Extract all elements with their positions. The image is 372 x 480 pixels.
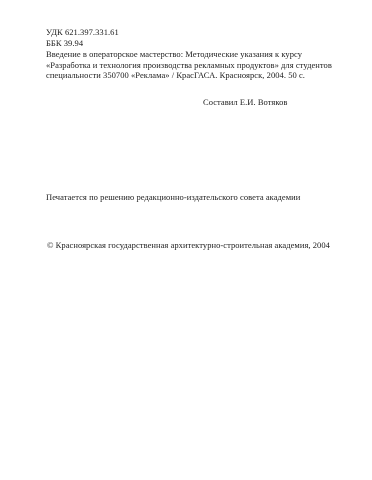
description-line-1: Введение в операторское мастерство: Мето… <box>46 49 342 60</box>
compiler-credit: Составил Е.И. Вотяков <box>203 97 287 108</box>
bibliographic-description: Введение в операторское мастерство: Мето… <box>46 49 342 81</box>
description-line-2: «Разработка и технология производства ре… <box>46 60 342 71</box>
udk-code: УДК 621.397.331.61 <box>46 27 119 38</box>
bbk-code: ББК 39.94 <box>46 38 83 49</box>
description-line-3: специальности 350700 «Реклама» / КрасГАС… <box>46 70 342 81</box>
print-approval-note: Печатается по решению редакционно-издате… <box>46 192 300 203</box>
imprint-page: УДК 621.397.331.61 ББК 39.94 Введение в … <box>0 0 372 480</box>
copyright-line: © Красноярская государственная архитекту… <box>47 240 330 251</box>
